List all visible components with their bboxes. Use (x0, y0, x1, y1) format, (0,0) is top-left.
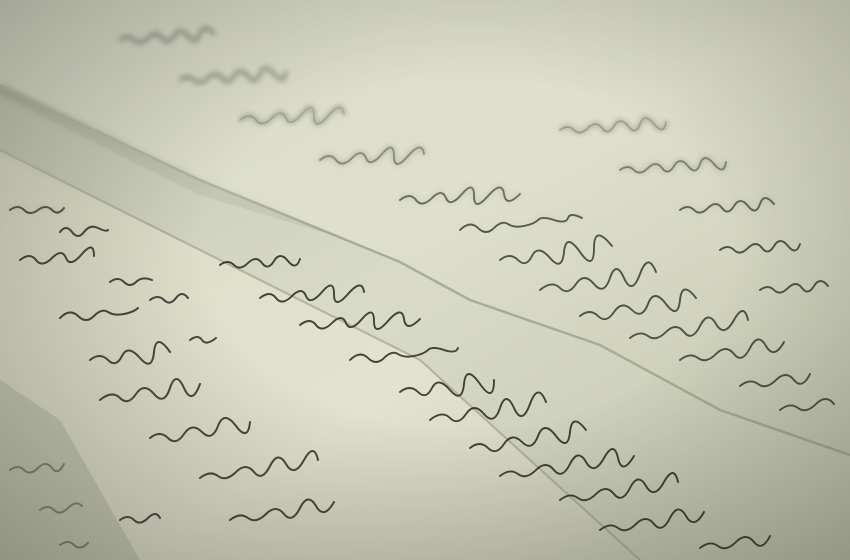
top-sheet (0, 0, 850, 560)
photo-handwritten-letters (0, 0, 850, 560)
